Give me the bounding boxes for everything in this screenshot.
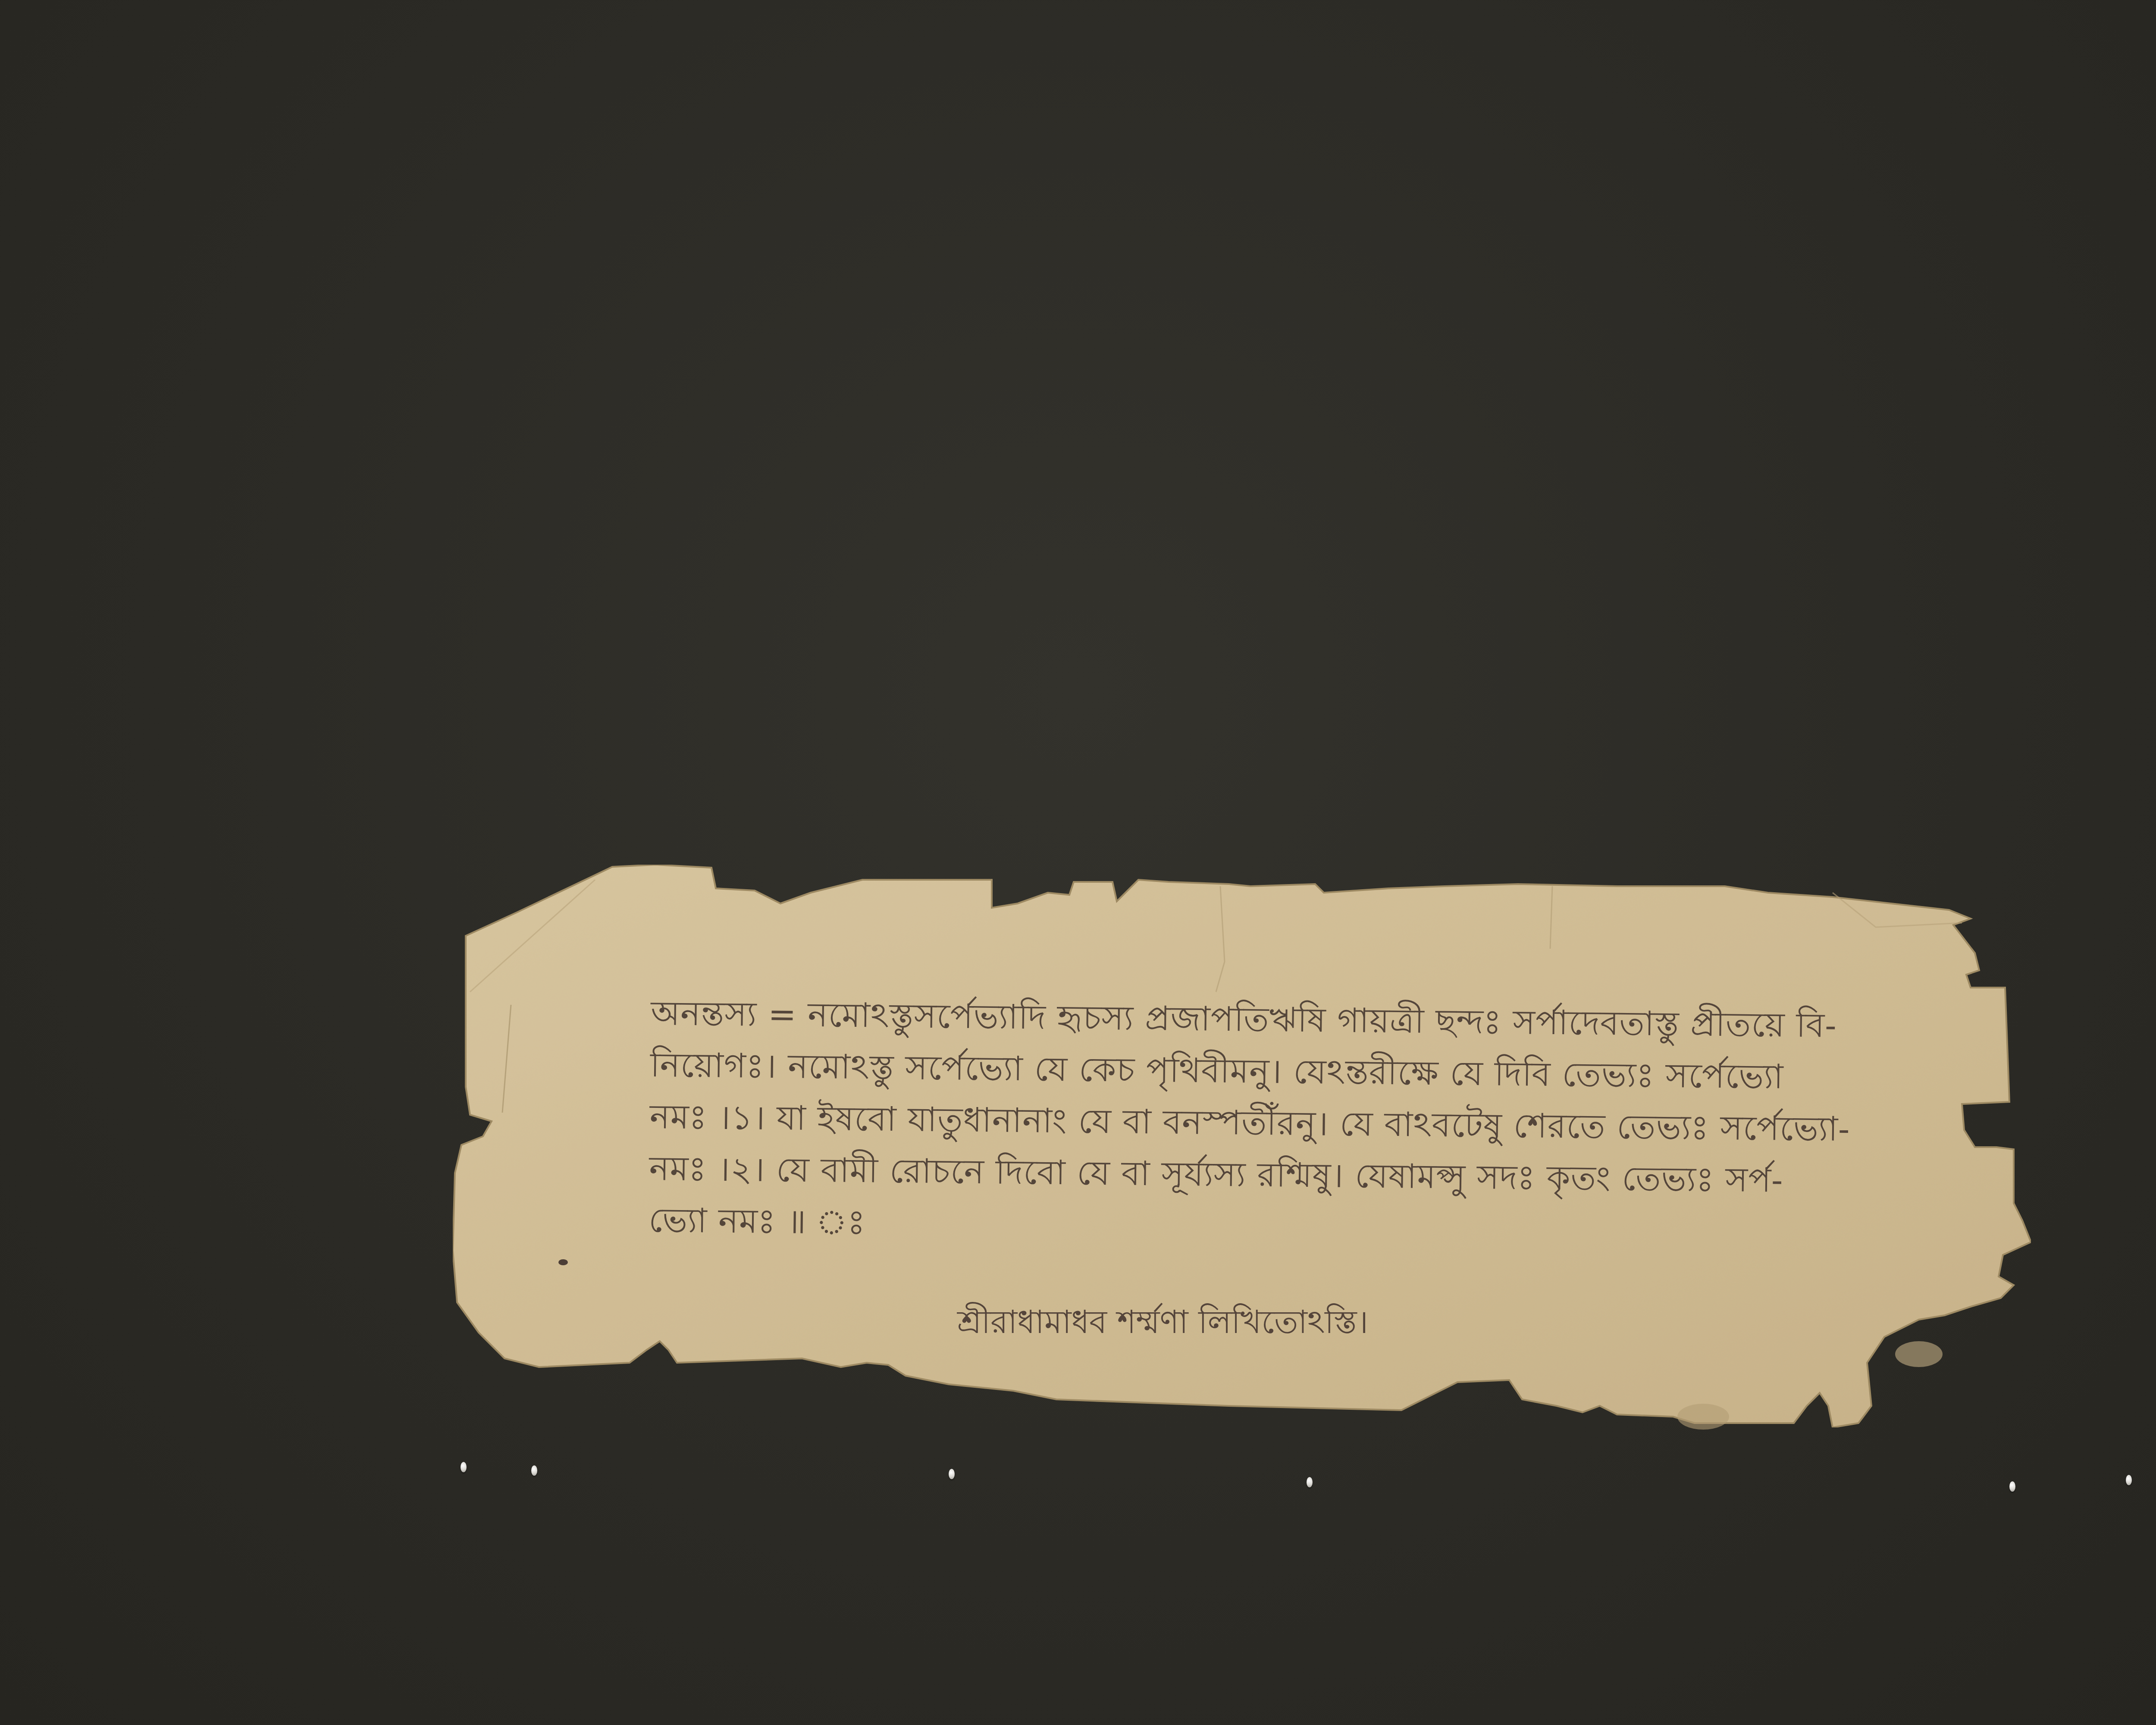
mounting-pin xyxy=(2126,1475,2132,1485)
mounting-pin xyxy=(2009,1481,2015,1492)
mounting-pin xyxy=(461,1462,467,1472)
mounting-pin xyxy=(949,1469,955,1479)
mounting-pin xyxy=(531,1465,537,1476)
manuscript-text: অনন্তস্য = নমোঽস্তুসর্পেভ্যাদি হৃচস্য প্… xyxy=(649,988,2065,1261)
manuscript-leaf: অনন্তস্য = নমোঽস্তুসর্পেভ্যাদি হৃচস্য প্… xyxy=(453,862,2048,1492)
ink-blot xyxy=(558,1259,568,1265)
scribe-signature: শ্রীরাধামাধব শর্ম্মণা লিখিতোঽস্তি। xyxy=(957,1298,1368,1351)
mounting-pin xyxy=(1307,1477,1313,1487)
